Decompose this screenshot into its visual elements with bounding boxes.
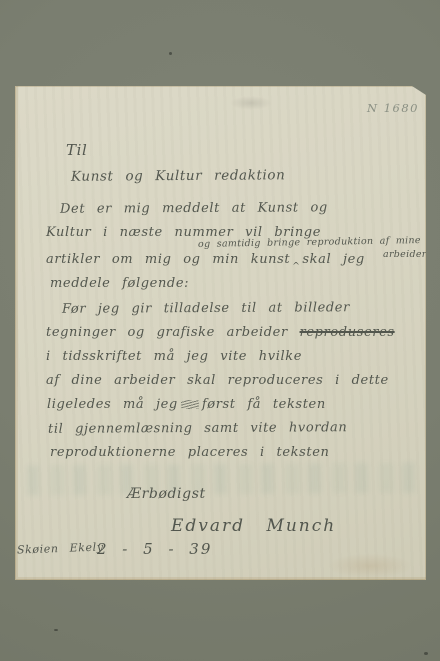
- letter-paper: N 1680 Til Kunst og Kultur redaktion Det…: [15, 86, 426, 580]
- paragraph1-line1: Det er mig meddelt at Kunst og: [60, 200, 328, 216]
- dust-speck: [54, 629, 58, 631]
- photo-background: N 1680 Til Kunst og Kultur redaktion Det…: [0, 0, 440, 661]
- paragraph2-line1: Før jeg gir tilladelse til at billeder: [62, 300, 350, 317]
- dust-speck: [169, 52, 172, 55]
- insertion-caret: ^: [292, 262, 300, 272]
- paragraph2-line7: reproduktionerne placeres i teksten: [50, 445, 330, 460]
- signature: Edvard Munch: [171, 516, 336, 536]
- paragraph2-line2-text: tegninger og grafiske arbeider: [46, 325, 288, 340]
- bleed-through-text: [27, 463, 415, 496]
- scribbled-out-word: [181, 400, 199, 409]
- paragraph2-line4: af dine arbeider skal reproduceres i det…: [46, 373, 389, 388]
- struck-through-word: reproduseres: [300, 325, 395, 340]
- date-line: 2 - 5 - 39: [97, 540, 212, 558]
- salutation-recipient: Kunst og Kultur redaktion: [71, 167, 286, 184]
- paragraph2-line2: tegninger og grafiske arbeider reproduse…: [46, 325, 395, 340]
- paragraph1-line4: meddele følgende:: [50, 276, 189, 291]
- paragraph2-line5-text: først få teksten: [202, 397, 326, 412]
- paragraph1-line3-text: skal jeg: [302, 252, 364, 267]
- paragraph1-line3: artikler om mig og min kunst^skal jeg: [46, 252, 365, 267]
- paragraph2-line6: til gjennemlæsning samt vite hvordan: [48, 420, 347, 437]
- archive-number: N 1680: [367, 101, 419, 115]
- interlinear-insertion-line2: arbeider: [383, 249, 427, 260]
- paragraph2-line5-text: ligeledes må jeg: [47, 397, 178, 412]
- salutation-line: Til: [66, 141, 87, 159]
- place-line: Skøien Ekely: [17, 540, 104, 556]
- closing-salutation: Ærbødigst: [127, 486, 206, 502]
- paragraph2-line3: i tidsskriftet må jeg vite hvilke: [46, 349, 302, 364]
- dust-speck: [424, 652, 428, 655]
- paragraph1-line3-text: artikler om mig og min kunst: [46, 252, 290, 267]
- paragraph2-line5: ligeledes må jegførst få teksten: [47, 397, 326, 412]
